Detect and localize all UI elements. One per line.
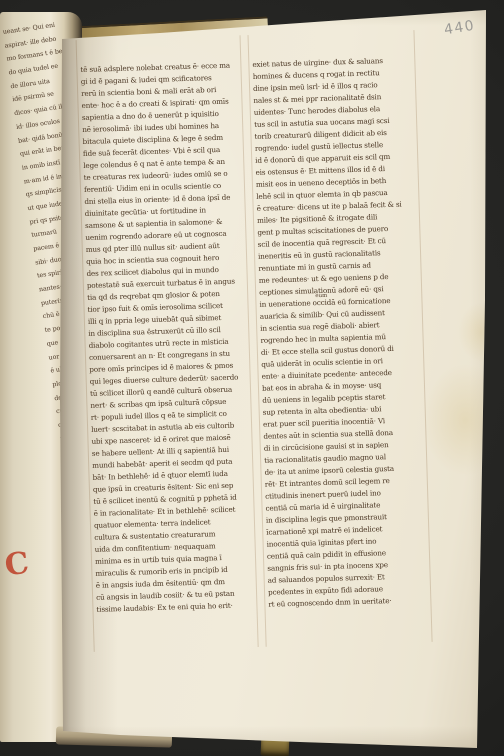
text-column-right: exiet natus de uirgine· dux & saluanshom… [252, 54, 427, 610]
text-column-left: tē suā adsplere nolebat creatus ē· ecce … [80, 59, 253, 615]
page-surface: tē suā adsplere nolebat creatus ē· ecce … [61, 12, 504, 748]
rubric-initial: C [3, 549, 30, 582]
parchment-stain [458, 302, 504, 363]
photo-background: ueant se· Qui eniaspirat· ille debomo fo… [0, 0, 504, 756]
interlinear-correction: eum [315, 293, 327, 299]
manuscript-page: tē suā adsplere nolebat creatus ē· ecce … [0, 0, 504, 756]
